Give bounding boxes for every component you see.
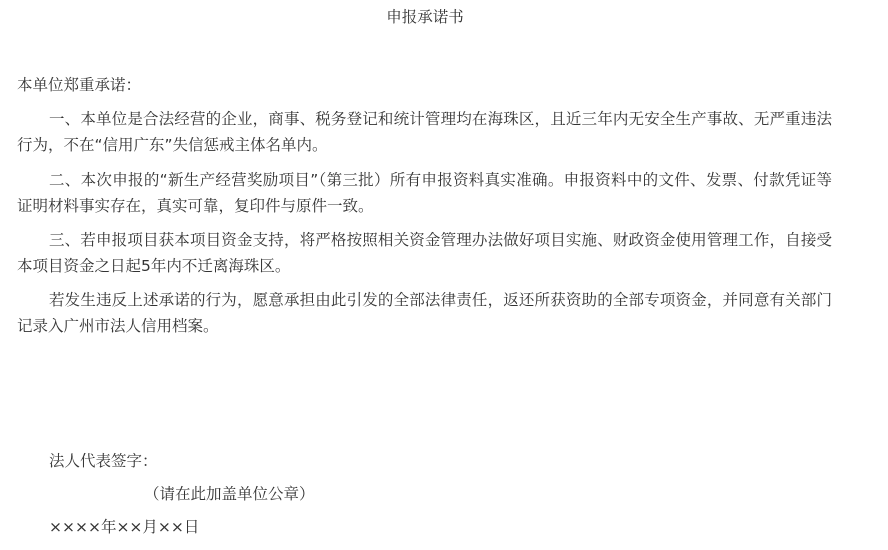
commitment-intro: 本单位郑重承诺： xyxy=(17,75,141,95)
date-placeholder: ××××年××月××日 xyxy=(49,517,199,537)
signature-label: 法人代表签字： xyxy=(49,451,158,471)
commitment-paragraph-3: 三、若申报项目获本项目资金支持，将严格按照相关资金管理办法做好项目实施、财政资金… xyxy=(17,227,832,279)
commitment-paragraph-2: 二、本次申报的“新生产经营奖励项目”（第三批）所有申报资料真实准确。申报资料中的… xyxy=(17,167,832,219)
commitment-paragraph-4: 若发生违反上述承诺的行为，愿意承担由此引发的全部法律责任，返还所获资助的全部专项… xyxy=(17,287,832,339)
commitment-paragraph-1: 一、本单位是合法经营的企业，商事、税务登记和统计管理均在海珠区，且近三年内无安全… xyxy=(17,106,832,158)
document-title: 申报承诺书 xyxy=(0,7,850,27)
seal-note: （请在此加盖单位公章） xyxy=(144,484,315,504)
